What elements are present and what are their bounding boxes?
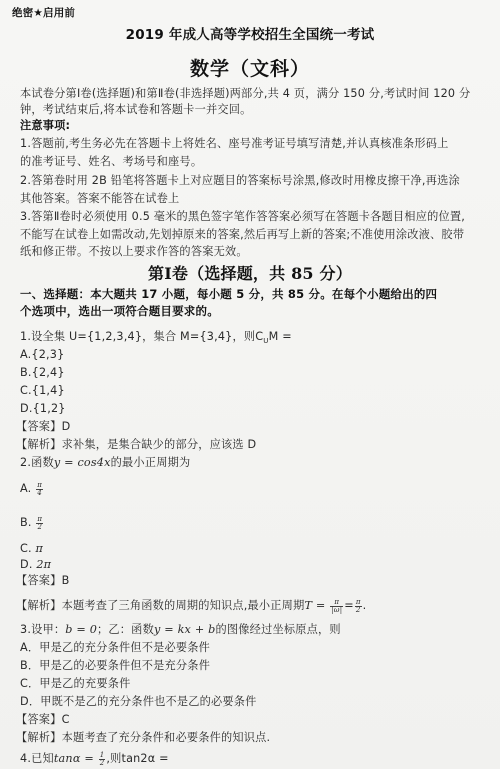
classification-label: 绝密★启用前 xyxy=(12,6,75,20)
question-1-answer: 【答案】D xyxy=(16,420,70,434)
notice-line: 不能写在试卷上如需改动,先划掉原来的答案,然后再写上新的答案;不准使用涂改液、胶… xyxy=(20,228,464,242)
intro-line-2: 钟，考试结束后,将本试卷和答题卡一并交回。 xyxy=(20,103,252,117)
notices-heading: 注意事项: xyxy=(20,119,70,133)
intro-line-1: 本试卷分第Ⅰ卷(选择题)和第Ⅱ卷(非选择题)两部分,共 4 页，满分 150 分… xyxy=(20,87,470,101)
question-1-option-c: C.{1,4} xyxy=(20,384,65,398)
question-2-analysis: 【解析】本题考查了三角函数的周期的知识点,最小正周期T = π|ω|=π2. xyxy=(16,596,366,616)
question-1-stem: 1.设全集 U={1,2,3,4}，集合 M={3,4}，则CUM = xyxy=(20,330,292,348)
question-2-option-b: B. π2 xyxy=(20,512,44,534)
question-3-analysis: 【解析】本题考查了充分条件和必要条件的知识点. xyxy=(16,731,270,745)
question-3-option-c: C．甲是乙的充要条件 xyxy=(20,677,131,691)
notice-line: 2.答第卷时用 2B 铅笔将答题卡上对应题目的答案标号涂黑,修改时用橡皮擦干净,… xyxy=(20,174,460,188)
notice-line: 其他答案。答案不能答在试卷上 xyxy=(20,192,179,206)
subject-title: 数学（文科） xyxy=(0,57,500,81)
question-4-stem: 4.已知tanα = 12,则tan2α = xyxy=(20,750,169,768)
section-instructions-line-1: 一、选择题：本大题共 17 小题，每小题 5 分，共 85 分。在每个小题给出的… xyxy=(20,287,437,301)
question-1-analysis: 【解析】求补集，是集合缺少的部分，应该选 D xyxy=(16,438,256,452)
question-2-option-d: D. 2π xyxy=(20,558,51,572)
question-3-stem: 3.设甲：b = 0；乙：函数y = kx + b的图像经过坐标原点，则 xyxy=(20,623,341,637)
question-3-option-d: D．甲既不是乙的充分条件也不是乙的必要条件 xyxy=(20,695,257,709)
notice-line: 纸和修正带。不按以上要求作答的答案无效。 xyxy=(20,245,248,259)
question-1-option-b: B.{2,4} xyxy=(20,366,65,380)
notice-line: 3.答第Ⅱ卷时必须使用 0.5 毫米的黑色签字笔作答答案必须写在答题卡各题目相应… xyxy=(20,210,465,224)
fraction: π2 xyxy=(36,516,43,531)
notice-line: 1.答题前,考生务必先在答题卡上将姓名、座号准考证号填写清楚,并认真核准条形码上 xyxy=(20,137,449,151)
question-2-stem: 2.函数y = cos4x的最小正周期为 xyxy=(20,456,190,470)
question-2-option-c: C. π xyxy=(20,542,43,556)
question-3-option-b: B．甲是乙的必要条件但不是充分条件 xyxy=(20,659,210,673)
exam-title: 2019 年成人高等学校招生全国统一考试 xyxy=(0,26,500,44)
fraction: π2 xyxy=(355,599,362,614)
question-3-option-a: A．甲是乙的充分条件但不是必要条件 xyxy=(20,641,210,655)
fraction: 12 xyxy=(99,752,106,767)
section-instructions-line-2: 个选项中，选出一项符合题目要求的。 xyxy=(20,304,219,318)
question-2-answer: 【答案】B xyxy=(16,574,69,588)
fraction: π|ω| xyxy=(330,599,343,614)
question-1-option-a: A.{2,3} xyxy=(20,348,64,362)
fraction: π4 xyxy=(36,482,43,497)
question-3-answer: 【答案】C xyxy=(16,713,70,727)
notice-line: 的准考证号、姓名、考场号和座号。 xyxy=(20,155,202,169)
section-title: 第Ⅰ卷（选择题，共 85 分） xyxy=(0,264,500,284)
exam-page: 绝密★启用前 2019 年成人高等学校招生全国统一考试 数学（文科） 本试卷分第… xyxy=(0,0,500,769)
question-2-option-a: A. π4 xyxy=(20,478,44,500)
question-1-option-d: D.{1,2} xyxy=(20,402,66,416)
